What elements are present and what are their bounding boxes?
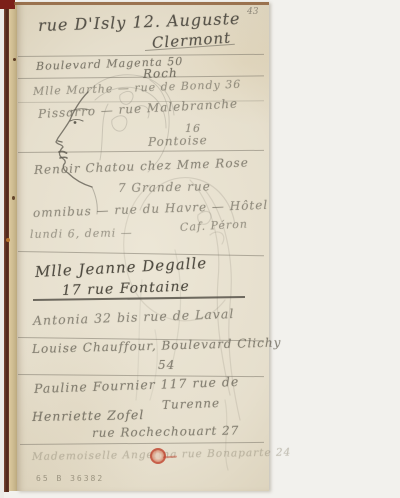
entry-pissarro-city: Pontoise: [148, 133, 208, 149]
binding-corner: [0, 0, 15, 9]
paper-speck: [12, 196, 15, 200]
page-number: 43: [247, 7, 258, 17]
entry-zofel-address: rue Rochechouart 27: [92, 423, 240, 440]
entry-chauffour-number: 54: [158, 358, 175, 372]
paper-speck: [13, 58, 16, 61]
accession-number: 65 B 36382: [36, 474, 104, 483]
binding-speck: [6, 238, 10, 242]
entry-renoir-note: lundi 6, demi —: [30, 226, 133, 241]
page-top-edge: [14, 2, 269, 5]
entry-zofel-name: Henriette Zofel: [32, 407, 145, 424]
entry-fournier-street: Turenne: [162, 396, 221, 412]
entry-roch: Roch: [143, 66, 178, 81]
entry-renoir-street: 7 Grande rue: [118, 179, 211, 195]
notebook-page-scan: rue D'Isly 12. Auguste Clermont Boulevar…: [0, 0, 400, 498]
